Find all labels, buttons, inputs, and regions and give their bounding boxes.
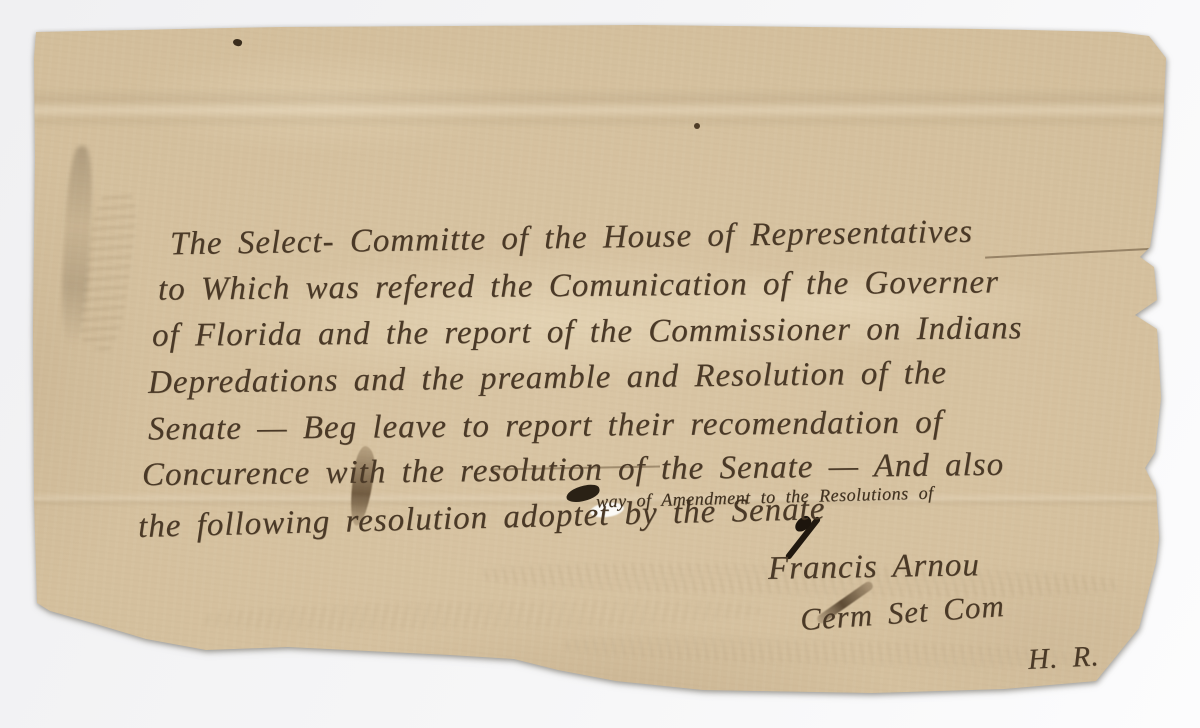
manuscript-line-1: The Select- Committe of the House of Rep… <box>170 214 974 264</box>
stray-baseline-stroke-1 <box>985 247 1160 258</box>
house-mark: H. R. <box>1027 640 1100 677</box>
manuscript-line-3: of Florida and the report of the Commiss… <box>152 310 1023 355</box>
manuscript-line-5: Senate — Beg leave to report their recom… <box>148 405 943 449</box>
signature: Francis Arnou <box>768 547 980 588</box>
bleed-through-writing-left <box>75 188 141 353</box>
bleed-through-smudge-left <box>59 145 95 346</box>
manuscript-line-4: Depredations and the preamble and Resolu… <box>148 355 947 402</box>
bleed-through-writing-bottom-2 <box>200 597 760 633</box>
paper-shadow-wrap: The Select- Committe of the House of Rep… <box>0 0 1200 728</box>
fold-crease-top <box>0 88 1200 128</box>
committee-mark: Cerm Set Com <box>799 588 1006 638</box>
manuscript-paper: The Select- Committe of the House of Rep… <box>0 0 1200 728</box>
scan-background: The Select- Committe of the House of Rep… <box>0 0 1200 728</box>
manuscript-line-2: to Which was refered the Comunication of… <box>158 264 999 308</box>
ink-speck-top <box>232 38 243 48</box>
bleed-through-writing-bottom-3 <box>560 633 1080 671</box>
ink-speck-middle <box>694 123 700 129</box>
